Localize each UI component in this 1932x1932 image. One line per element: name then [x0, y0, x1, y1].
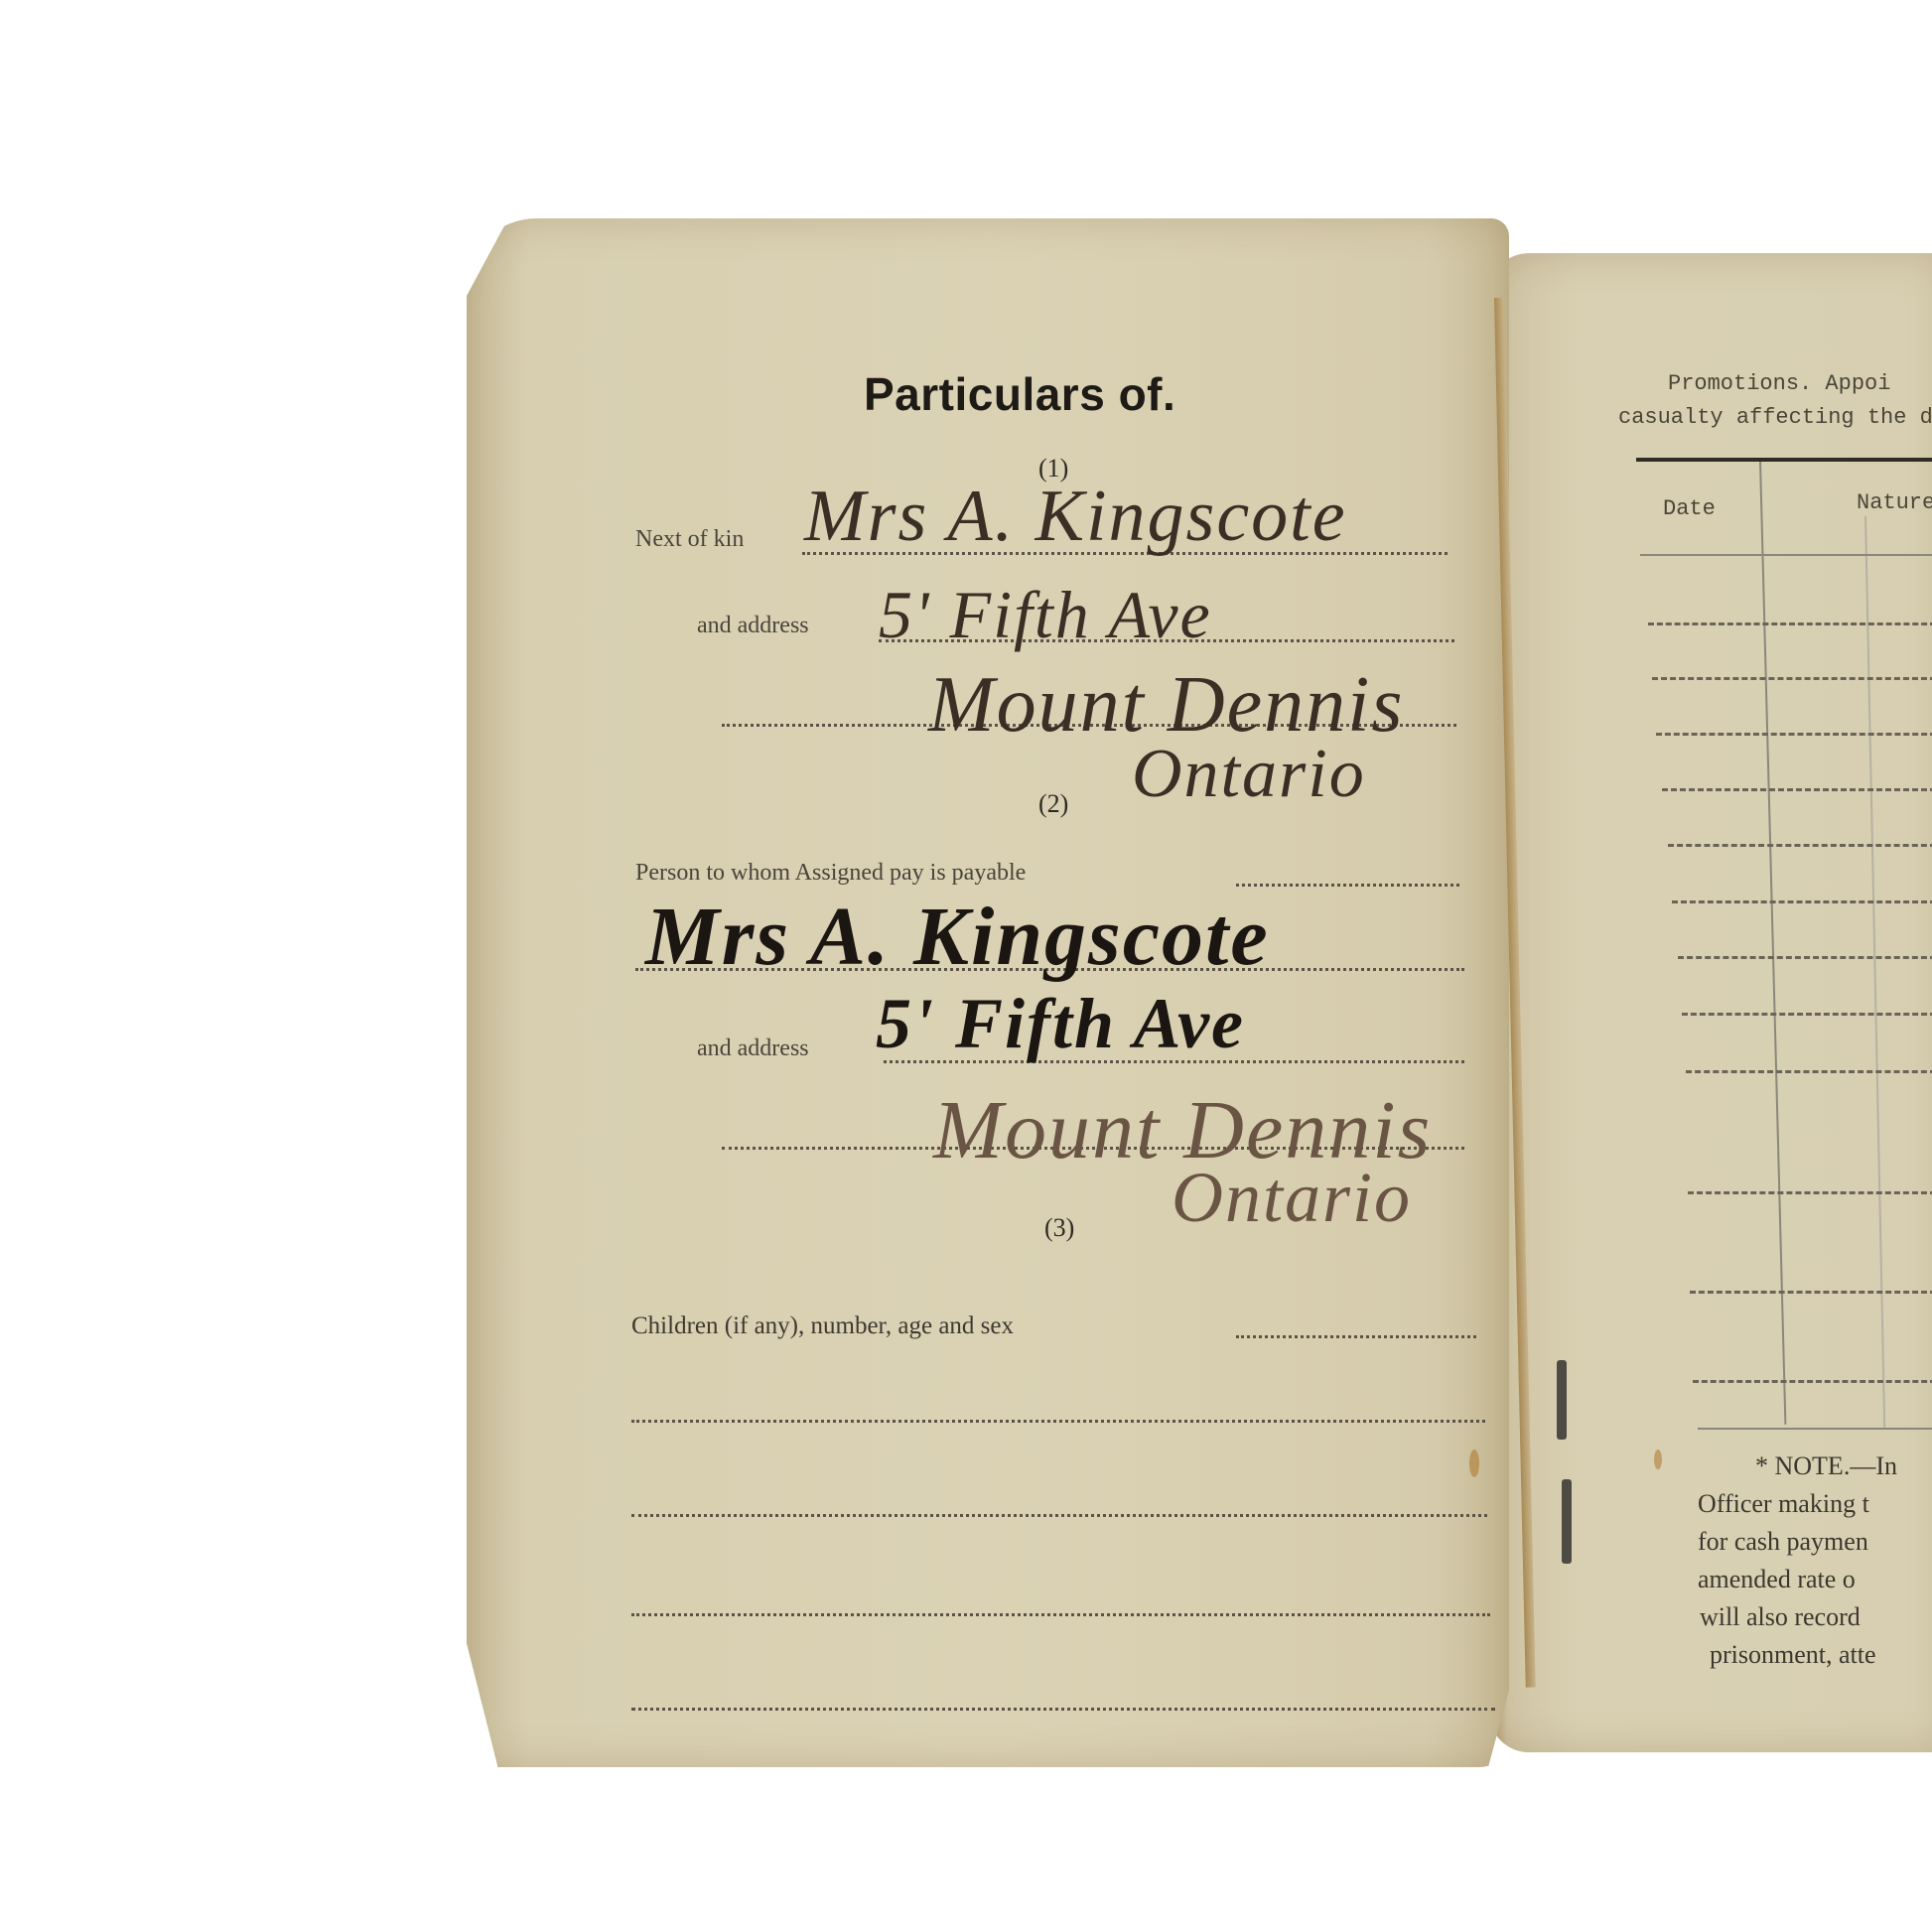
children-line-2 — [631, 1514, 1487, 1517]
children-line-3 — [631, 1613, 1490, 1616]
staple-bottom — [1562, 1479, 1572, 1564]
note-line-6: prisonment, atte — [1710, 1640, 1876, 1670]
address-1-line-1: 5' Fifth Ave — [879, 576, 1212, 654]
assigned-pay-value: Mrs A. Kingscote — [645, 889, 1270, 985]
right-heading-line1: Promotions. Appoi — [1668, 371, 1890, 396]
section-number-2: (2) — [1038, 789, 1068, 819]
note-line-5: will also record — [1700, 1602, 1861, 1632]
stain-mark — [1469, 1449, 1479, 1477]
table-row-line — [1678, 956, 1932, 959]
address-1-line-3: Ontario — [1132, 735, 1366, 814]
table-header-rule — [1640, 554, 1932, 556]
table-top-rule — [1636, 458, 1932, 462]
table-row-line — [1688, 1191, 1932, 1194]
table-row-line — [1672, 900, 1932, 903]
children-line-1 — [631, 1420, 1485, 1423]
children-line-0 — [1236, 1335, 1476, 1338]
table-row-line — [1656, 733, 1932, 736]
table-row-line — [1662, 788, 1932, 791]
table-row-line — [1690, 1291, 1932, 1294]
table-row-line — [1668, 844, 1932, 847]
note-line-2: Officer making t — [1698, 1489, 1869, 1519]
section-number-3: (3) — [1044, 1213, 1074, 1243]
assigned-pay-label: Person to whom Assigned pay is payable — [635, 860, 1026, 887]
table-row-line — [1686, 1070, 1932, 1073]
children-label: Children (if any), number, age and sex — [631, 1312, 1014, 1340]
note-line-3: for cash paymen — [1698, 1527, 1868, 1557]
next-of-kin-value: Mrs A. Kingscote — [804, 475, 1347, 559]
staple-top — [1557, 1360, 1567, 1440]
address-2-line-1: 5' Fifth Ave — [876, 983, 1245, 1065]
next-of-kin-label: Next of kin — [635, 526, 744, 553]
address-label-2: and address — [697, 1035, 809, 1062]
assigned-pay-line-a — [1236, 884, 1459, 887]
right-heading-line2: casualty affecting the d — [1618, 405, 1932, 430]
column-header-nature: Nature — [1857, 490, 1932, 515]
address-label-1: and address — [697, 613, 809, 639]
note-line-1: * NOTE.—In — [1755, 1451, 1897, 1481]
table-row-line — [1693, 1380, 1932, 1383]
stain-mark — [1654, 1449, 1662, 1469]
page-title: Particulars of. — [864, 367, 1175, 421]
table-row-line — [1682, 1013, 1932, 1016]
children-line-4 — [631, 1708, 1495, 1711]
column-header-date: Date — [1663, 496, 1716, 521]
table-row-line — [1648, 622, 1932, 625]
note-line-4: amended rate o — [1698, 1565, 1856, 1594]
table-bottom-rule — [1698, 1428, 1932, 1430]
table-row-line — [1652, 677, 1932, 680]
address-2-line-3: Ontario — [1172, 1157, 1412, 1239]
